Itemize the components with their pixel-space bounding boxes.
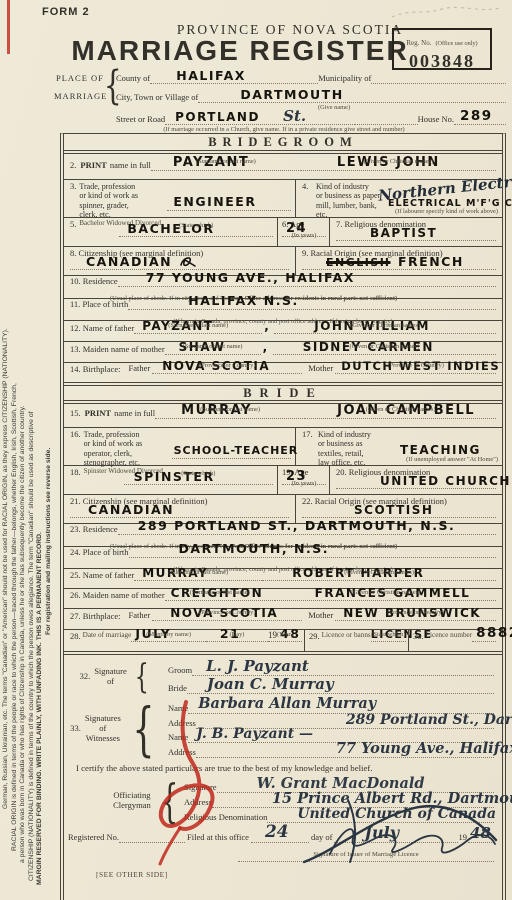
margin-citizenship-line2: a person who was born in Canada or who h… [19,137,28,893]
field-row-groom-birthplace: 11. Place of birth HALIFAX N.S. (If born… [64,299,502,321]
bride-signature-value: Joan C. Murray [207,677,334,692]
ink-scribble [178,255,198,269]
row16-number: 16. [70,430,81,462]
groom-status-caption: (State which) [179,222,213,229]
bride-father-birth-label: Father [129,611,151,621]
bride-residence-entry: 289 PORTLAND ST., DARTMOUTH, N.S. [118,534,496,535]
street-entry-cont [355,112,418,125]
bride-surname-caption: (Surname or last name) [200,406,260,413]
bride-citizenship-value: CANADIAN [88,504,174,517]
left-margin-notes: German, Russian, Ukrainian, etc. The ter… [2,137,54,893]
reg-no-box: Reg. No. (Office use only) 003848 [392,28,492,70]
bride-signature-entry: Joan C. Murray [187,679,494,694]
field-row-groom-trade-industry: 3. Trade, profession or kind of work as … [64,180,502,218]
licence-number-label: Licence number [426,632,473,642]
row28-number: 28. [70,632,81,642]
groom-mother-birth-label: Mother [308,364,333,374]
signature-row-33: 33. Signatures of Witnesses { Name Barba… [64,697,502,761]
groom-residence-entry: 77 YOUNG AVE., HALIFAX [118,286,496,287]
city-label: City, Town or Village of [116,93,198,103]
bride-father-label: Name of father [83,570,134,580]
bride-given-entry: JOAN CAMPBELL (Given or Christian names) [305,404,496,419]
reg-no-label: Reg. No. [406,39,431,47]
bride-father-given-entry: ROBERT HARPER (Given or Christian names) [262,567,496,581]
marriage-day-entry: 21 (Day) [206,629,268,642]
groom-status-cell: 5. Bachelor Widowed Divorced BACHELOR (S… [64,218,278,246]
bride-birthplace-line: 24. Place of birth DARTMOUTH, N.S. [70,548,496,558]
marriage-month-entry: JULY (Month by name) [131,629,206,642]
pencil-scribble [388,4,504,22]
red-edge-mark [7,0,10,54]
signature-of-label: Signature of [94,667,127,687]
bride-status-label: Spinster Widowed Divorced [84,468,124,485]
groom-father-birth-label: Father [129,364,151,374]
marriage-year-entry: 19 48 (Year) [268,629,302,642]
street-entry: PORTLAND St. [165,112,355,125]
row24-number: 24. [70,547,81,557]
bride-age-cell: 19. Age 23 (In years) [278,466,330,494]
licence-banns-caption: (State which) [371,631,405,638]
row10-number: 10. [70,276,81,286]
marriage-month-caption: (Month by name) [146,631,191,638]
row26-label-wrap: 26. Maiden name of mother [70,591,165,601]
bride-residence-value: 289 PORTLAND ST., DARTMOUTH, N.S. [138,520,456,533]
signature-row-32: 32. Signature of { Groom L. J. Payzant B… [64,655,502,697]
licence-banns-cell: 29. Licence or banns LICENSE (State whic… [304,630,408,651]
bride-trade-value: SCHOOL-TEACHER [174,445,299,456]
groom-mother-surname-entry: SHAW (Surname or last name) [165,341,261,355]
row12-number: 12. [70,323,81,333]
groom-given-caption: (Given or Christian names) [364,158,434,165]
form-number-label: FORM 2 [42,6,90,19]
marriage-day-caption: (Day) [229,631,244,638]
groom-age-cell: 6. Age 24 (In years) [278,218,330,246]
groom-mother-given-caption: (Given or Christian names) [349,343,419,350]
bride-mother-surname-entry: CREIGHTON (Surname or last name) [165,587,275,601]
witnesses-label: Signatures of Witnesses [85,714,121,743]
margin-racial-origin-line2: German, Russian, Ukrainian, etc. The ter… [2,137,11,893]
groom-father-surname-caption: (Surname or last name) [168,322,228,329]
bride-religion-entry: UNITED CHURCH [336,478,496,489]
filed-day-value: 24 [265,824,289,841]
groom-father-birth-entry: NOVA SCOTIA (Province or Country) [152,360,302,374]
row30-number: 30. [413,632,424,642]
bridegroom-section-header: BRIDEGROOM [64,134,502,154]
licence-number-cell: 30. Licence number 88827 [408,630,502,651]
groom-trade-entry: ENGINEER [167,182,291,211]
place-of-label: PLACE OF [56,74,104,84]
row17-number: 17. [302,430,313,440]
groom-birthplace-line: 11. Place of birth HALIFAX N.S. [70,300,496,310]
signature-of-labels: 32. Signature of { [64,657,168,697]
groom-signature-line: Groom L. J. Payzant [168,657,494,676]
bride-mother-birth-label: Mother [308,611,333,621]
groom-mother-given-entry: SIDNEY CARMEN (Given or Christian names) [273,341,496,355]
bride-section-header: BRIDE [64,386,502,404]
bride-industry-value: TEACHING [400,444,481,456]
groom-signature-entry: L. J. Payzant [192,661,494,676]
bride-citizenship-entry: CANADIAN [70,507,289,518]
groom-mother-comma: , [263,341,269,353]
see-other-side-note: [SEE OTHER SIDE] [96,870,168,879]
row27-number: 27. [70,611,81,621]
city-value: DARTMOUTH [240,89,343,102]
row5-number: 5. [70,220,76,237]
groom-trade-label: Trade, profession or kind of work as spi… [79,182,167,214]
bride-given-caption: (Given or Christian names) [366,406,436,413]
marriage-register-page: FORM 2 PROVINCE OF NOVA SCOTIA MARRIAGE … [0,0,512,900]
groom-religion-cell: 7. Religious denomination BAPTIST [330,218,502,246]
bride-trade-label: Trade, profession or kind of work as ope… [84,430,172,462]
row13-label-wrap: 13. Maiden name of mother [70,345,165,355]
groom-citizenship-entry: CANADIAN [70,259,289,270]
bride-mother-given-entry: FRANCES GAMMELL (Given or Christian name… [275,587,496,601]
groom-father-comma: , [264,320,270,332]
licence-banns-label: Licence or banns [322,632,371,642]
row23-label-wrap: 23. Residence [70,525,118,535]
witness2-address-value: 77 Young Ave., Halifax [336,742,512,757]
field-row-date-licence: 28. Date of marriage JULY (Month by name… [64,630,502,655]
street-suffix-value: St. [283,109,306,124]
form-box: BRIDEGROOM 2. PRINT name in full PAYZANT… [60,133,506,900]
clergyman-signature-value: W. Grant MacDonald [257,777,425,792]
bride-father-given-caption: (Given or Christian names) [344,569,414,576]
street-label: Street or Road [116,115,165,125]
bride-signature-line: Bride Joan C. Murray [168,676,494,695]
row3-number: 3. [70,182,76,214]
field-row-groom-name: 2. PRINT name in full PAYZANT (Surname o… [64,154,502,180]
groom-mother-birth-caption: (Province or Country) [387,362,443,369]
groom-mother-surname-caption: (Surname or last name) [183,343,243,350]
bride-residence-line: 23. Residence 289 PORTLAND ST., DARTMOUT… [70,525,496,535]
row9-number: 9. [302,248,308,258]
county-value: HALIFAX [176,70,246,83]
county-label: County of [116,74,150,84]
row2-number: 2. [70,161,76,171]
signature-of-brace: { [135,660,149,694]
row32-number: 32. [80,672,91,682]
marriage-year-caption: (Year) [277,631,293,638]
groom-age-entry: 24 (In years) [282,230,326,237]
bride-father-birth-caption: (Province or Country) [199,609,255,616]
groom-parents-birthplace-label: Birthplace: [83,364,121,374]
house-no-entry: 289 [454,110,506,125]
bride-racial-origin-entry: SCOTTISH [302,507,496,518]
groom-birthplace-label: Place of birth [82,299,128,309]
church-note: (If marriage occurred in a Church, give … [62,126,506,133]
groom-industry-note: (If labourer specify kind of work above) [395,208,498,215]
bride-parents-birthplace-label: Birthplace: [83,611,121,621]
row29-number: 29. [309,632,320,642]
field-row-bride-birthplace: 24. Place of birth DARTMOUTH, N.S. (If b… [64,547,502,569]
bride-religion-cell: 20. Religious denomination UNITED CHURCH [330,466,502,494]
row25-label-wrap: 25. Name of father [70,571,134,581]
row13-number: 13. [70,344,81,354]
issuer-signature-scrawl [296,792,506,870]
bride-mother-birth-caption: (Province or Country) [387,609,443,616]
field-row-bride-name: 15. PRINT name in full MURRAY (Surname o… [64,404,502,428]
row10-label-wrap: 10. Residence [70,277,118,287]
bride-status-cell: 18. Spinster Widowed Divorced SPINSTER (… [64,466,278,494]
margin-racial-origin-line1: RACIAL ORIGIN is defined in terms of the… [11,137,20,893]
groom-residence-value: 77 YOUNG AVE., HALIFAX [146,272,355,285]
margin-citizenship-line1: CITIZENSHIP (NATIONALITY) is defined in … [28,137,37,893]
groom-trade-value: ENGINEER [173,196,256,209]
row2-label-bold: PRINT [80,161,106,171]
row14-label-wrap: 14. Birthplace: [70,365,121,374]
street-value: PORTLAND [175,111,260,123]
groom-father-label: Name of father [83,323,134,333]
bride-racial-origin-value: SCOTTISH [354,504,433,516]
licence-number-entry: 88827 [472,629,496,642]
groom-residence-label: Residence [83,276,118,286]
bride-father-birth-entry: NOVA SCOTIA (Province or Country) [152,607,302,621]
row33-number: 33. [70,724,81,734]
field-row-bride-trade-industry: 16. Trade, profession or kind of work as… [64,428,502,466]
groom-birthplace-entry: HALIFAX N.S. [128,309,496,310]
certify-line: I certify the above stated particulars a… [64,761,502,776]
bride-birthplace-label: Place of birth [83,547,129,557]
bride-status-caption: (State which) [181,470,215,477]
row12-label-wrap: 12. Name of father [70,324,134,334]
marriage-date-cell: 28. Date of marriage JULY (Month by name… [64,630,304,651]
row25-number: 25. [70,570,81,580]
groom-racial-origin-struck-value: ENGLISH [326,257,390,268]
groom-religion-value: BAPTIST [370,227,437,239]
bride-religion-value: UNITED CHURCH [380,475,511,487]
bride-birthplace-entry: DARTMOUTH, N.S. [129,557,496,558]
field-row-groom-status-age-religion: 5. Bachelor Widowed Divorced BACHELOR (S… [64,218,502,247]
county-entry: HALIFAX [150,71,318,84]
row27-label-wrap: 27. Birthplace: [70,612,121,621]
groom-residence-line: 10. Residence 77 YOUNG AVE., HALIFAX [70,277,496,287]
red-check-mark [138,698,248,868]
groom-status-label: Bachelor Widowed Divorced [79,220,119,237]
groom-given-entry: LEWIS JOHN (Given or Christian names) [301,156,496,171]
marriage-year-prefix: 19 [268,630,277,640]
row11-number: 11. [70,299,80,309]
row4-number: 4. [302,182,308,192]
groom-father-given-caption: (Given or Christian names) [350,322,420,329]
groom-mother-birth-entry: DUTCH WEST INDIES (Province or Country) [335,360,496,374]
bride-age-entry: 23 (In years) [282,478,326,485]
bride-status-entry: SPINSTER (State which) [124,468,273,485]
row7-number: 7. [336,219,342,229]
city-line: City, Town or Village of DARTMOUTH [116,85,506,103]
row2-label: name in full [110,161,151,171]
licence-banns-entry: LICENSE (State which) [371,629,406,642]
bride-industry-label: Kind of industry or business as textiles… [318,430,371,468]
registered-no-label: Registered No. [68,833,119,843]
groom-birthplace-value: HALIFAX N.S. [188,295,298,308]
groom-surname-entry: PAYZANT (Surname or last name) [151,156,301,171]
groom-religion-entry: BAPTIST [336,230,496,241]
bride-birthplace-value: DARTMOUTH, N.S. [179,543,329,556]
house-no-value: 289 [460,110,493,124]
groom-mother-label: Maiden name of mother [83,344,165,354]
licence-number-value: 88827 [476,627,512,641]
groom-citizenship-value: CANADIAN [86,256,172,269]
bride-mother-label: Maiden name of mother [83,590,165,600]
groom-father-surname-entry: PAYZANT (Surname or last name) [134,320,262,334]
bride-trade-entry: SCHOOL-TEACHER [172,430,291,459]
bride-surname-entry: MURRAY (Surname or last name) [155,404,305,419]
bride-father-surname-caption: (Surname or last name) [168,569,228,576]
groom-signature-label: Groom [168,666,192,676]
groom-racial-origin-value: FRENCH [398,256,464,269]
row15-number: 15. [70,409,81,419]
field-row-bride-status-age-religion: 18. Spinster Widowed Divorced SPINSTER (… [64,466,502,495]
row15-label: name in full [114,409,155,419]
bride-signature-label: Bride [168,684,187,694]
witness1-address-value: 289 Portland St., Dartmouth [346,713,512,727]
groom-father-birth-caption: (Province or Country) [199,362,255,369]
bride-residence-label: Residence [83,524,118,534]
bride-trade-cell: 16. Trade, profession or kind of work as… [64,428,296,465]
field-row-groom-parents-birthplace: 14. Birthplace: Father NOVA SCOTIA (Prov… [64,363,502,386]
groom-father-given-entry: JOHN WILLIAM (Given or Christian names) [274,320,496,334]
margin-binding-note: MARGIN RESERVED FOR BINDING. WRITE PLAIN… [36,137,45,893]
bride-mother-surname-caption: (Surname or last name) [190,589,250,596]
reg-no-sublabel: (Office use only) [435,40,477,47]
row8-number: 8. [70,248,76,258]
row21-number: 21. [70,496,81,506]
row22-number: 22. [302,496,313,506]
row11-label-wrap: 11. Place of birth [70,300,128,310]
groom-surname-caption: (Surname or last name) [196,158,256,165]
municipality-label: Municipality of [318,74,371,84]
margin-registration-note: For registration and mailing instruction… [45,137,54,893]
row23-number: 23. [70,524,81,534]
street-line: Street or Road PORTLAND St. House No. 28… [116,107,506,125]
row20-number: 20. [336,467,347,477]
municipality-entry [371,71,506,84]
signature-lines-32: Groom L. J. Payzant Bride Joan C. Murray [168,657,494,697]
row24-label-wrap: 24. Place of birth [70,548,129,558]
bride-father-surname-entry: MURRAY (Surname or last name) [134,567,262,581]
bride-industry-note: (If unemployed answer "At Home") [406,456,498,463]
row26-number: 26. [70,590,81,600]
groom-signature-value: L. J. Payzant [206,659,309,674]
city-entry: DARTMOUTH [198,90,506,103]
bride-mother-given-caption: (Given or Christian names) [350,589,420,596]
field-row-groom-father: 12. Name of father PAYZANT (Surname or l… [64,321,502,342]
groom-status-entry: BACHELOR (State which) [119,220,273,237]
marriage-date-label: Date of marriage [83,632,132,642]
bride-industry-cell: 17. Kind of industry or business as text… [296,428,502,465]
groom-trade-cell: 3. Trade, profession or kind of work as … [64,180,296,217]
groom-industry-label: Kind of industry or business as paper mi… [316,182,380,220]
bride-age-caption: (In years) [292,480,317,487]
groom-age-caption: (In years) [292,232,317,239]
bride-mother-birth-entry: NEW BRUNSWICK (Province or Country) [335,607,496,621]
house-no-label: House No. [418,115,454,125]
groom-racial-origin-entry: ENGLISH FRENCH [302,259,496,270]
county-line: County of HALIFAX Municipality of [116,66,506,84]
marriage-label: MARRIAGE [54,92,107,102]
row18-number: 18. [70,468,81,485]
row14-number: 14. [70,364,81,374]
groom-industry-cell: 4. Kind of industry or business as paper… [296,180,502,217]
row15-label-bold: PRINT [85,409,111,419]
